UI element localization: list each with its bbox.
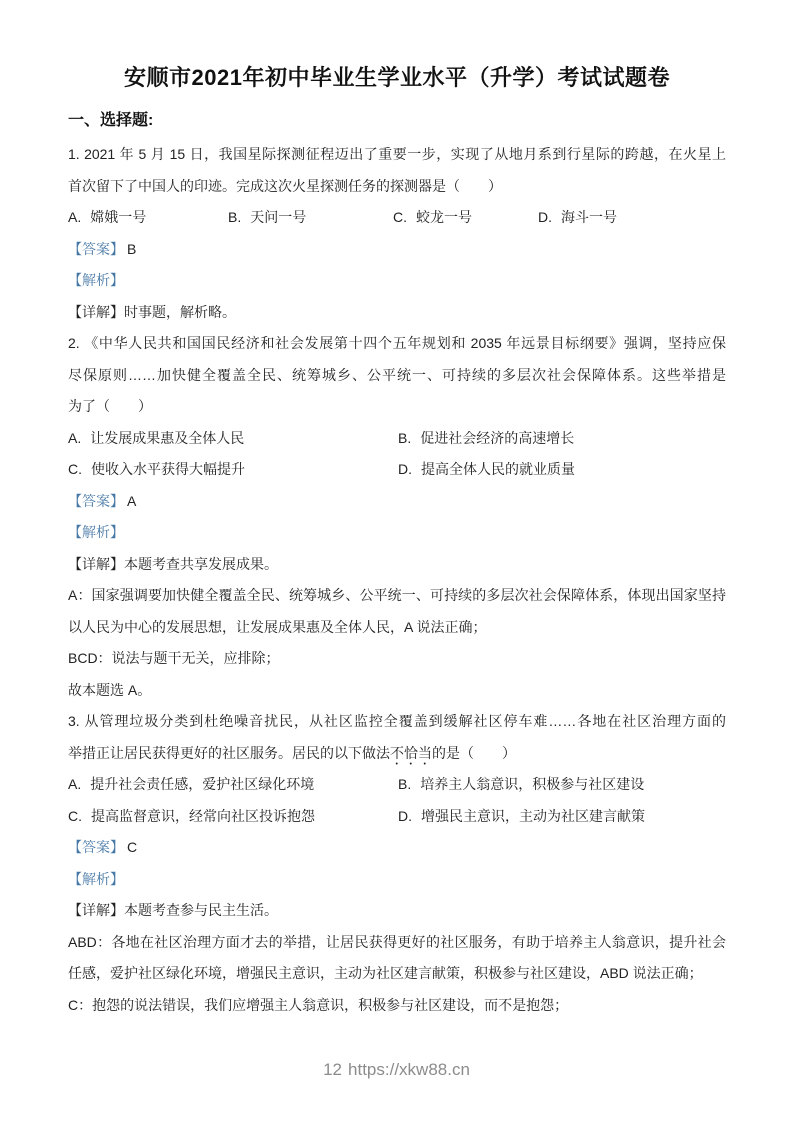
q3-answer-value: C [127,839,137,855]
q3-detail-line2: ABD：各地在社区治理方面才去的举措，让居民获得更好的社区服务，有助于培养主人翁… [68,927,726,959]
q1-option-d: D.海斗一号 [538,202,726,234]
option-key: D. [398,801,412,833]
option-key: D. [538,202,552,234]
q3-stem-post: 的是（ ） [432,745,516,761]
page-content: 安顺市2021年初中毕业生学业水平（升学）考试试题卷 一、选择题: 1. 202… [68,60,726,1021]
q2-detail-line2: A：国家强调要加快健全覆盖全民、统筹城乡、公平统一、可持续的多层次社会保障体系，… [68,580,726,612]
q3-options-row1: A.提升社会责任感，爱护社区绿化环境 B.培养主人翁意识，积极参与社区建设 [68,769,726,801]
q3-answer-line: 【答案】C [68,832,726,864]
q1-option-b: B.天问一号 [228,202,393,234]
option-text: 使收入水平获得大幅提升 [91,461,245,477]
q2-options-row1: A.让发展成果惠及全体人民 B.促进社会经济的高速增长 [68,423,726,455]
q2-stem-line1: 2. 《中华人民共和国国民经济和社会发展第十四个五年规划和 2035 年远景目标… [68,328,726,360]
q2-detail-line4: BCD：说法与题干无关，应排除； [68,643,726,675]
answer-label: 【答案】 [68,493,124,509]
q1-answer-value: B [127,241,136,257]
option-key: A. [68,423,81,455]
questions-body: 1. 2021 年 5 月 15 日，我国星际探测征程迈出了重要一步，实现了从地… [68,139,726,1021]
page-number: 12 [323,1060,342,1079]
option-key: C. [68,454,82,486]
option-text: 让发展成果惠及全体人民 [90,430,244,446]
option-key: D. [398,454,412,486]
answer-label: 【答案】 [68,241,124,257]
option-text: 嫦娥一号 [90,209,146,225]
q1-detail-line1: 【详解】时事题，解析略。 [68,297,726,329]
option-text: 提升社会责任感，爱护社区绿化环境 [90,776,314,792]
q2-answer-value: A [127,493,136,509]
option-key: B. [228,202,241,234]
page-footer: 12https://xkw88.cn [0,1058,793,1082]
option-text: 天问一号 [250,209,306,225]
exam-document-page: 安顺市2021年初中毕业生学业水平（升学）考试试题卷 一、选择题: 1. 202… [0,0,793,1122]
q2-option-a: A.让发展成果惠及全体人民 [68,423,398,455]
option-text: 提高监督意识，经常向社区投诉抱怨 [91,808,315,824]
q1-stem-line1: 1. 2021 年 5 月 15 日，我国星际探测征程迈出了重要一步，实现了从地… [68,139,726,171]
q2-detail-line5: 故本题选 A。 [68,675,726,707]
q3-option-b: B.培养主人翁意识，积极参与社区建设 [398,769,726,801]
q3-stem-line2: 举措正让居民获得更好的社区服务。居民的以下做法不恰当的是（ ） [68,738,726,770]
q3-option-a: A.提升社会责任感，爱护社区绿化环境 [68,769,398,801]
q3-options-row2: C.提高监督意识，经常向社区投诉抱怨 D.增强民主意识，主动为社区建言献策 [68,801,726,833]
q1-stem-line2: 首次留下了中国人的印迹。完成这次火星探测任务的探测器是（ ） [68,171,726,203]
option-key: B. [398,769,411,801]
q1-option-a: A.嫦娥一号 [68,202,228,234]
q3-stem-pre: 举措正让居民获得更好的社区服务。居民的以下做法 [68,745,390,761]
answer-label: 【答案】 [68,839,124,855]
q3-detail-line4: C：抱怨的说法错误，我们应增强主人翁意识，积极参与社区建设，而不是抱怨； [68,990,726,1022]
section-heading: 一、选择题: [68,107,726,135]
option-key: A. [68,769,81,801]
option-key: B. [398,423,411,455]
option-text: 培养主人翁意识，积极参与社区建设 [420,776,644,792]
q1-answer-line: 【答案】B [68,234,726,266]
option-text: 海斗一号 [561,209,617,225]
q2-analysis-line: 【解析】 [68,517,726,549]
q2-detail-line3: 以人民为中心的发展思想，让发展成果惠及全体人民，A 说法正确； [68,612,726,644]
q2-stem-line2: 尽保原则……加快健全覆盖全民、统筹城乡、公平统一、可持续的多层次社会保障体系。这… [68,360,726,392]
q1-analysis-line: 【解析】 [68,265,726,297]
q2-answer-line: 【答案】A [68,486,726,518]
q3-stem-line1: 3. 从管理垃圾分类到杜绝噪音扰民，从社区监控全覆盖到缓解社区停车难……各地在社… [68,706,726,738]
q3-stem-emphasized: 不恰当 [390,745,432,761]
option-text: 促进社会经济的高速增长 [420,430,574,446]
q3-analysis-line: 【解析】 [68,864,726,896]
q3-option-c: C.提高监督意识，经常向社区投诉抱怨 [68,801,398,833]
option-text: 增强民主意识，主动为社区建言献策 [421,808,645,824]
q2-option-d: D.提高全体人民的就业质量 [398,454,726,486]
option-key: A. [68,202,81,234]
q2-option-b: B.促进社会经济的高速增长 [398,423,726,455]
q2-stem-line3: 为了（ ） [68,391,726,423]
analysis-label: 【解析】 [68,272,124,288]
q3-option-d: D.增强民主意识，主动为社区建言献策 [398,801,726,833]
analysis-label: 【解析】 [68,524,124,540]
q2-option-c: C.使收入水平获得大幅提升 [68,454,398,486]
page-title: 安顺市2021年初中毕业生学业水平（升学）考试试题卷 [68,60,726,96]
q2-detail-line1: 【详解】本题考查共享发展成果。 [68,549,726,581]
option-text: 蛟龙一号 [416,209,472,225]
option-key: C. [393,202,407,234]
q1-option-c: C.蛟龙一号 [393,202,538,234]
q2-options-row2: C.使收入水平获得大幅提升 D.提高全体人民的就业质量 [68,454,726,486]
option-text: 提高全体人民的就业质量 [421,461,575,477]
footer-url: https://xkw88.cn [348,1060,470,1079]
q3-detail-line1: 【详解】本题考查参与民主生活。 [68,895,726,927]
q1-options-row: A.嫦娥一号 B.天问一号 C.蛟龙一号 D.海斗一号 [68,202,726,234]
analysis-label: 【解析】 [68,871,124,887]
option-key: C. [68,801,82,833]
q3-detail-line3: 任感，爱护社区绿化环境，增强民主意识，主动为社区建言献策，积极参与社区建设，AB… [68,958,726,990]
